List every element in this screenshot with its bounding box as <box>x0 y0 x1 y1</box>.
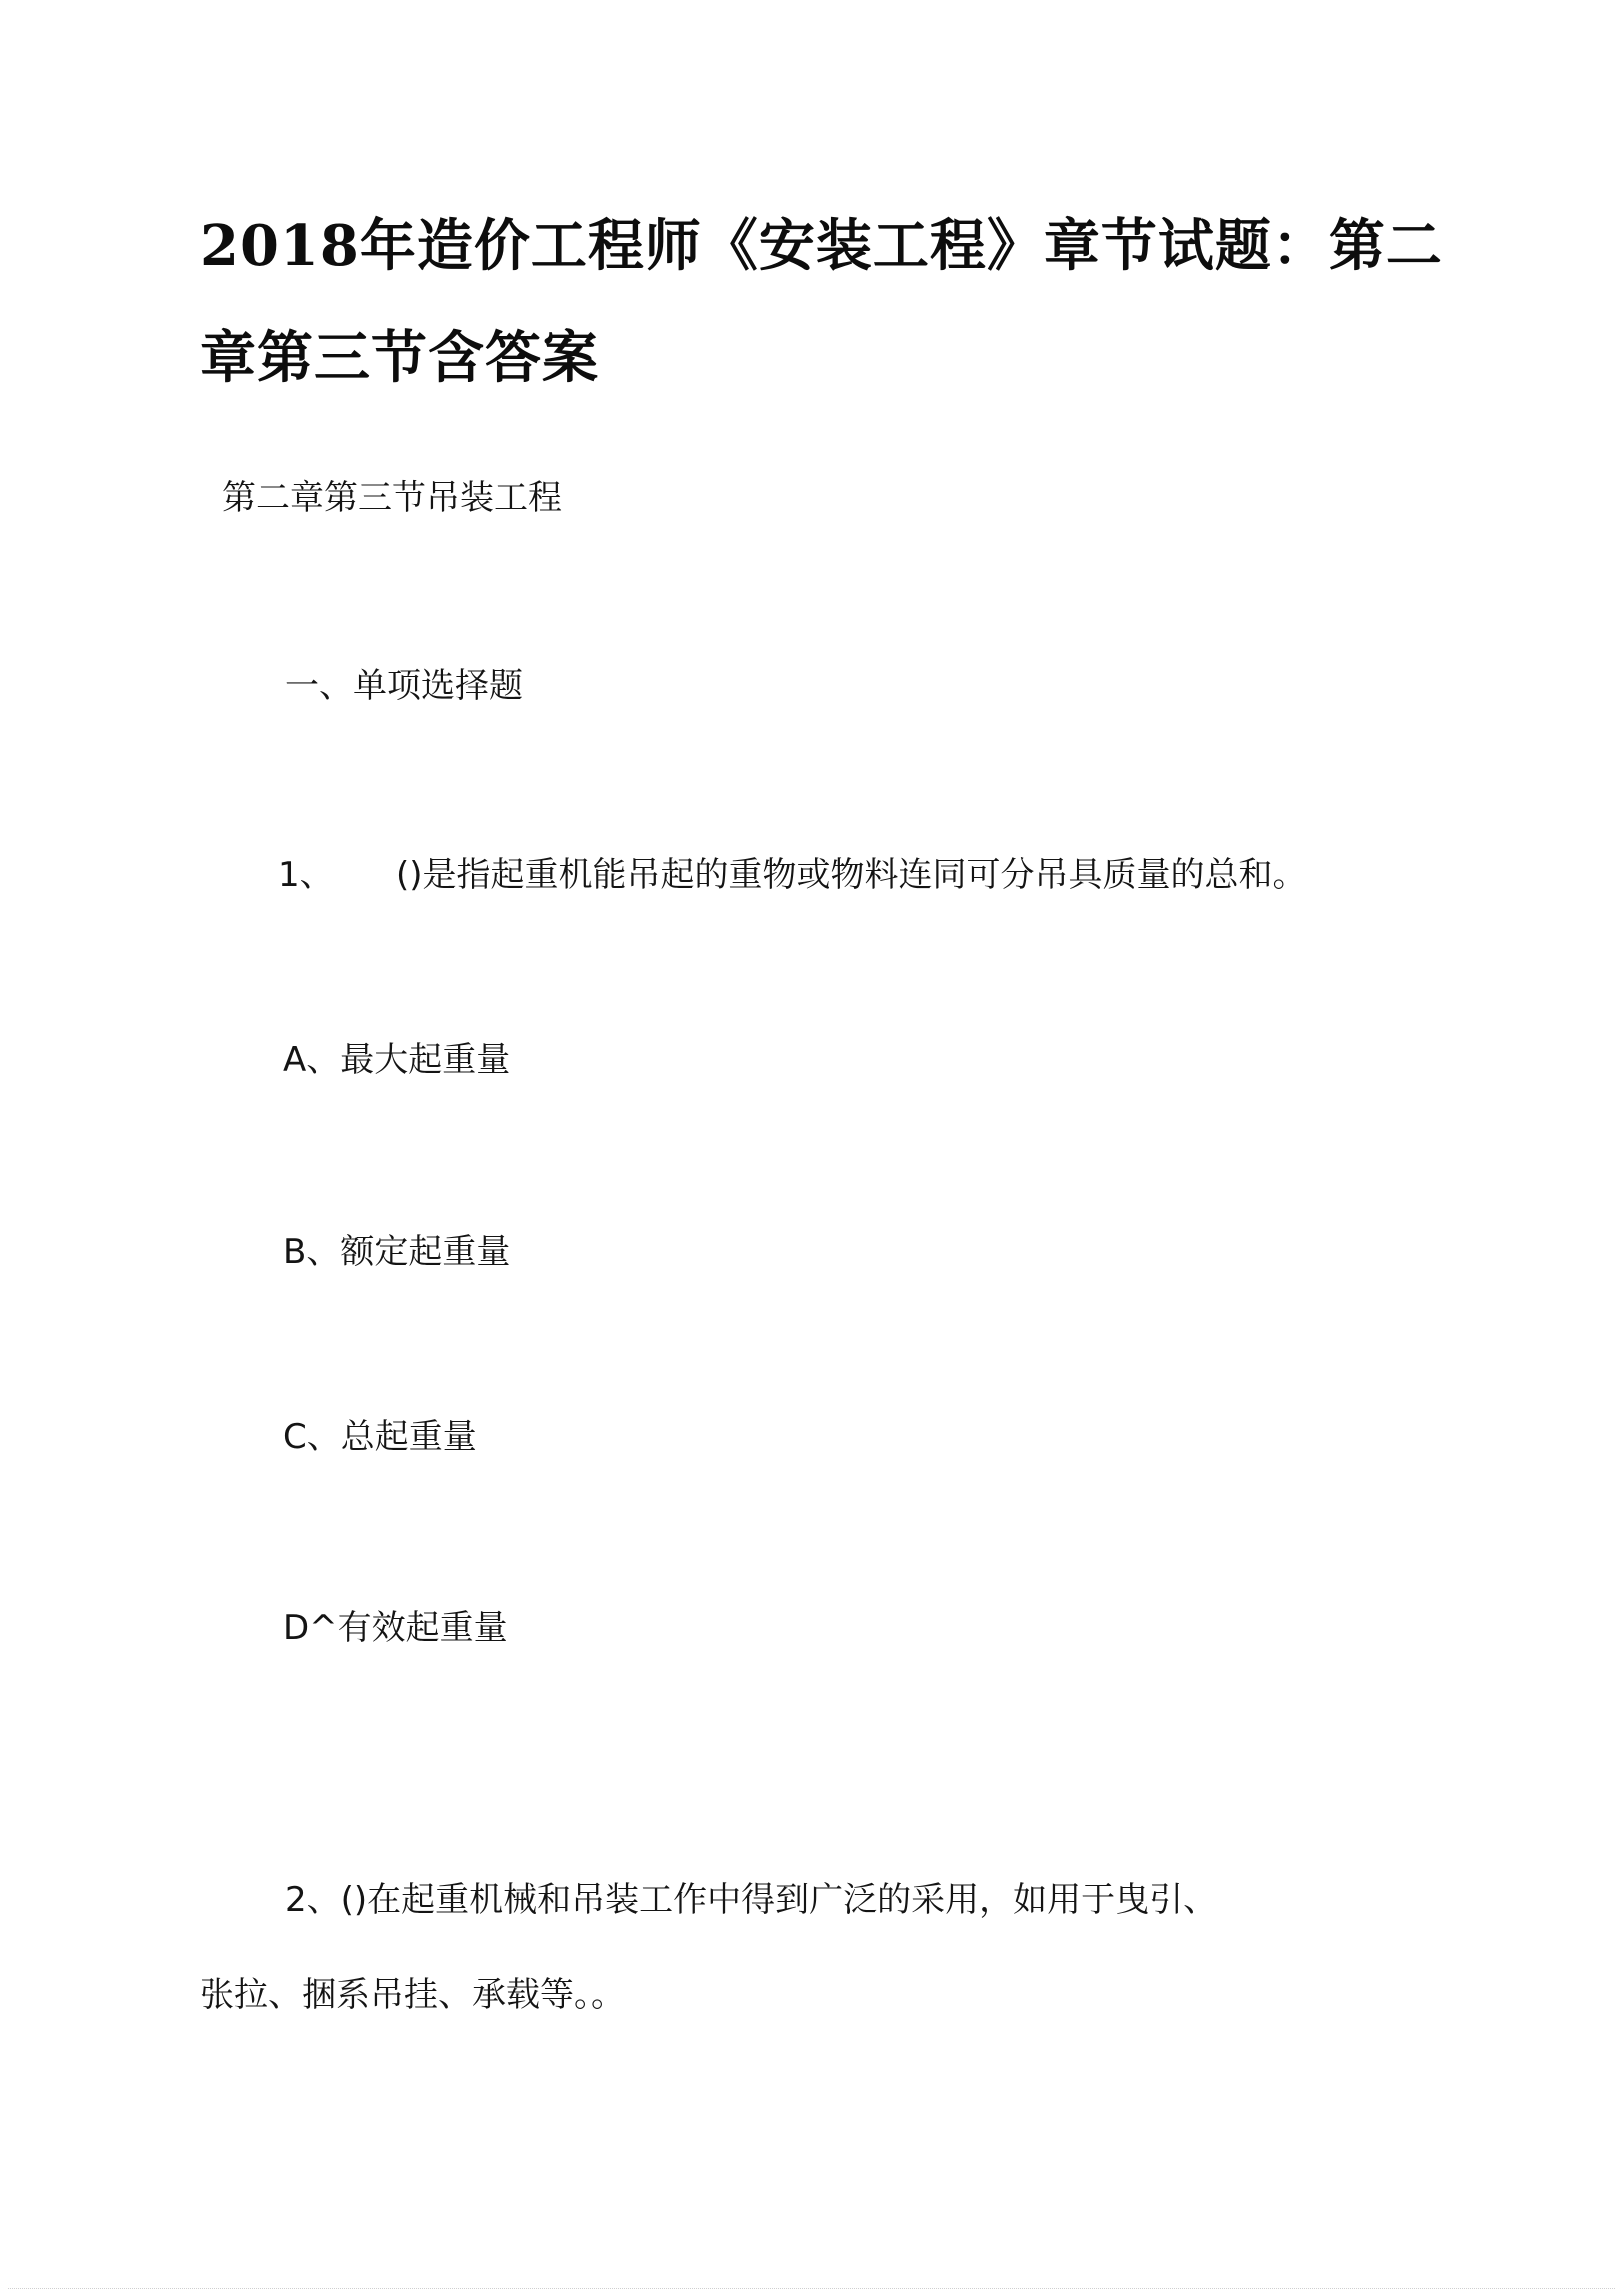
option-text: 最大起重量 <box>340 1040 510 1080</box>
question-2: 2、()在起重机械和吊装工作中得到广泛的采用，如用于曳引、 <box>285 1880 1217 1920</box>
option-text: 总起重量 <box>341 1417 477 1457</box>
question-stem: ()是指起重机能吊起的重物或物料连同可分吊具质量的总和。 <box>396 855 1307 895</box>
question-2-continued: 张拉、捆系吊挂、承载等。。 <box>200 1975 625 2015</box>
document-page: 2018年造价工程师《安装工程》章节试题：第二章第三节含答案 第二章第三节吊装工… <box>0 0 1623 2293</box>
question-type-heading: 一、单项选择题 <box>285 666 523 706</box>
option-b: B、额定起重量 <box>283 1232 510 1272</box>
question-number: 1、 <box>278 855 396 895</box>
option-label: C、 <box>283 1417 341 1457</box>
option-c: C、总起重量 <box>283 1417 477 1457</box>
option-d: D^有效起重量 <box>283 1608 508 1648</box>
question-1: 1、()是指起重机能吊起的重物或物料连同可分吊具质量的总和。 <box>278 855 1307 895</box>
document-title: 2018年造价工程师《安装工程》章节试题：第二章第三节含答案 <box>200 190 1450 414</box>
option-label: D^ <box>283 1608 338 1648</box>
option-label: A、 <box>283 1040 340 1080</box>
option-a: A、最大起重量 <box>283 1040 510 1080</box>
question-stem-line-1: ()在起重机械和吊装工作中得到广泛的采用，如用于曳引、 <box>341 1880 1218 1920</box>
page-bottom-divider <box>8 2288 1615 2290</box>
section-heading: 第二章第三节吊装工程 <box>222 478 562 518</box>
option-text: 有效起重量 <box>338 1608 508 1648</box>
option-text: 额定起重量 <box>340 1232 510 1272</box>
question-number: 2、 <box>285 1880 341 1920</box>
option-label: B、 <box>283 1232 340 1272</box>
